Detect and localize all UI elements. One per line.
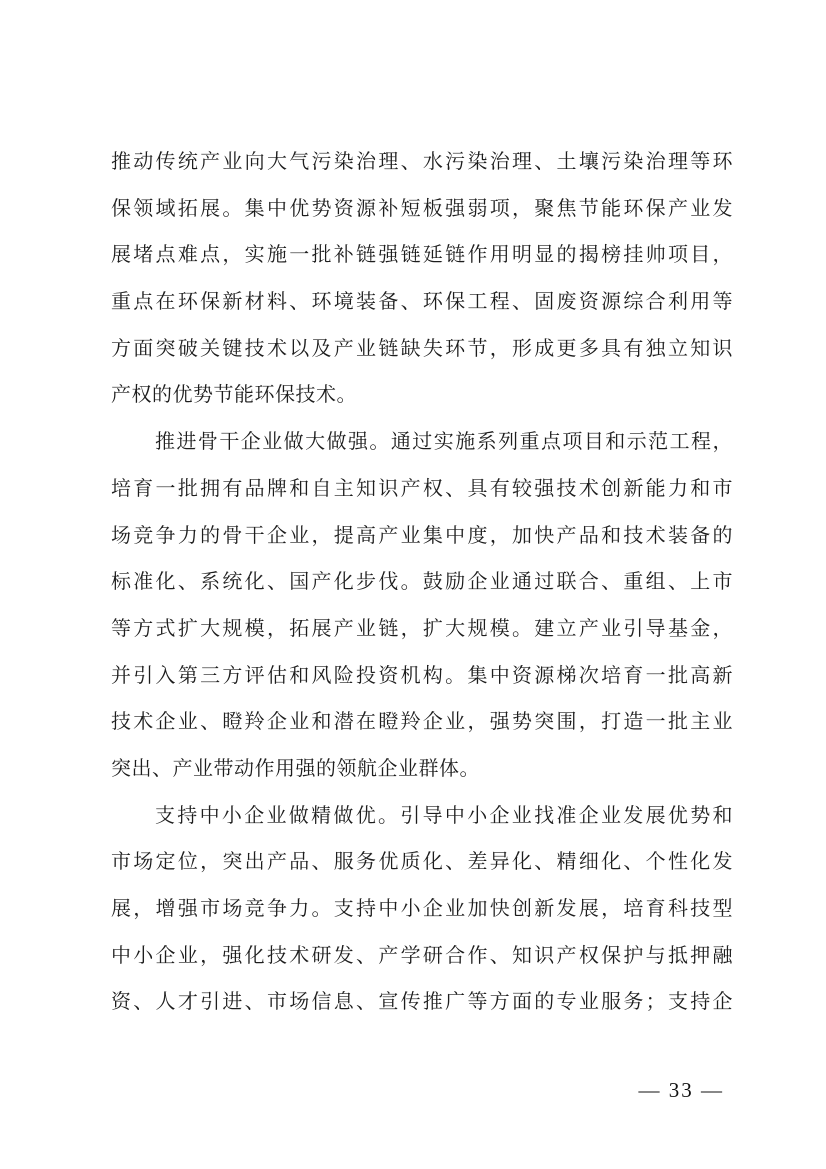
text-line: 等方式扩大规模，拓展产业链，扩大规模。建立产业引导基金， — [111, 606, 733, 653]
text-line: 场竞争力的骨干企业，提高产业集中度，加快产品和技术装备的 — [111, 513, 733, 560]
body-text: 推动传统产业向大气污染治理、水污染治理、土壤污染治理等环 保领域拓展。集中优势资… — [111, 139, 733, 1026]
text-line: 推进骨干企业做大做强。通过实施系列重点项目和示范工程， — [111, 419, 733, 466]
text-line: 市场定位，突出产品、服务优质化、差异化、精细化、个性化发 — [111, 839, 733, 886]
text-line: 支持中小企业做精做优。引导中小企业找准企业发展优势和 — [111, 793, 733, 840]
text-line: 技术企业、瞪羚企业和潜在瞪羚企业，强势突围，打造一批主业 — [111, 699, 733, 746]
text-line: 展堵点难点，实施一批补链强链延链作用明显的揭榜挂帅项目， — [111, 232, 733, 279]
text-line: 并引入第三方评估和风险投资机构。集中资源梯次培育一批高新 — [111, 653, 733, 700]
text-line: 保领域拓展。集中优势资源补短板强弱项，聚焦节能环保产业发 — [111, 186, 733, 233]
text-line: 突出、产业带动作用强的领航企业群体。 — [111, 746, 733, 793]
text-line: 中小企业，强化技术研发、产学研合作、知识产权保护与抵押融 — [111, 933, 733, 980]
page-number: — 33 — — [639, 1078, 725, 1103]
text-line: 产权的优势节能环保技术。 — [111, 372, 733, 419]
text-line: 培育一批拥有品牌和自主知识产权、具有较强技术创新能力和市 — [111, 466, 733, 513]
text-line: 资、人才引进、市场信息、宣传推广等方面的专业服务；支持企 — [111, 979, 733, 1026]
text-line: 展，增强市场竞争力。支持中小企业加快创新发展，培育科技型 — [111, 886, 733, 933]
text-line: 标准化、系统化、国产化步伐。鼓励企业通过联合、重组、上市 — [111, 559, 733, 606]
text-line: 重点在环保新材料、环境装备、环保工程、固废资源综合利用等 — [111, 279, 733, 326]
document-page: 推动传统产业向大气污染治理、水污染治理、土壤污染治理等环 保领域拓展。集中优势资… — [0, 0, 826, 1169]
text-line: 推动传统产业向大气污染治理、水污染治理、土壤污染治理等环 — [111, 139, 733, 186]
text-line: 方面突破关键技术以及产业链缺失环节，形成更多具有独立知识 — [111, 326, 733, 373]
